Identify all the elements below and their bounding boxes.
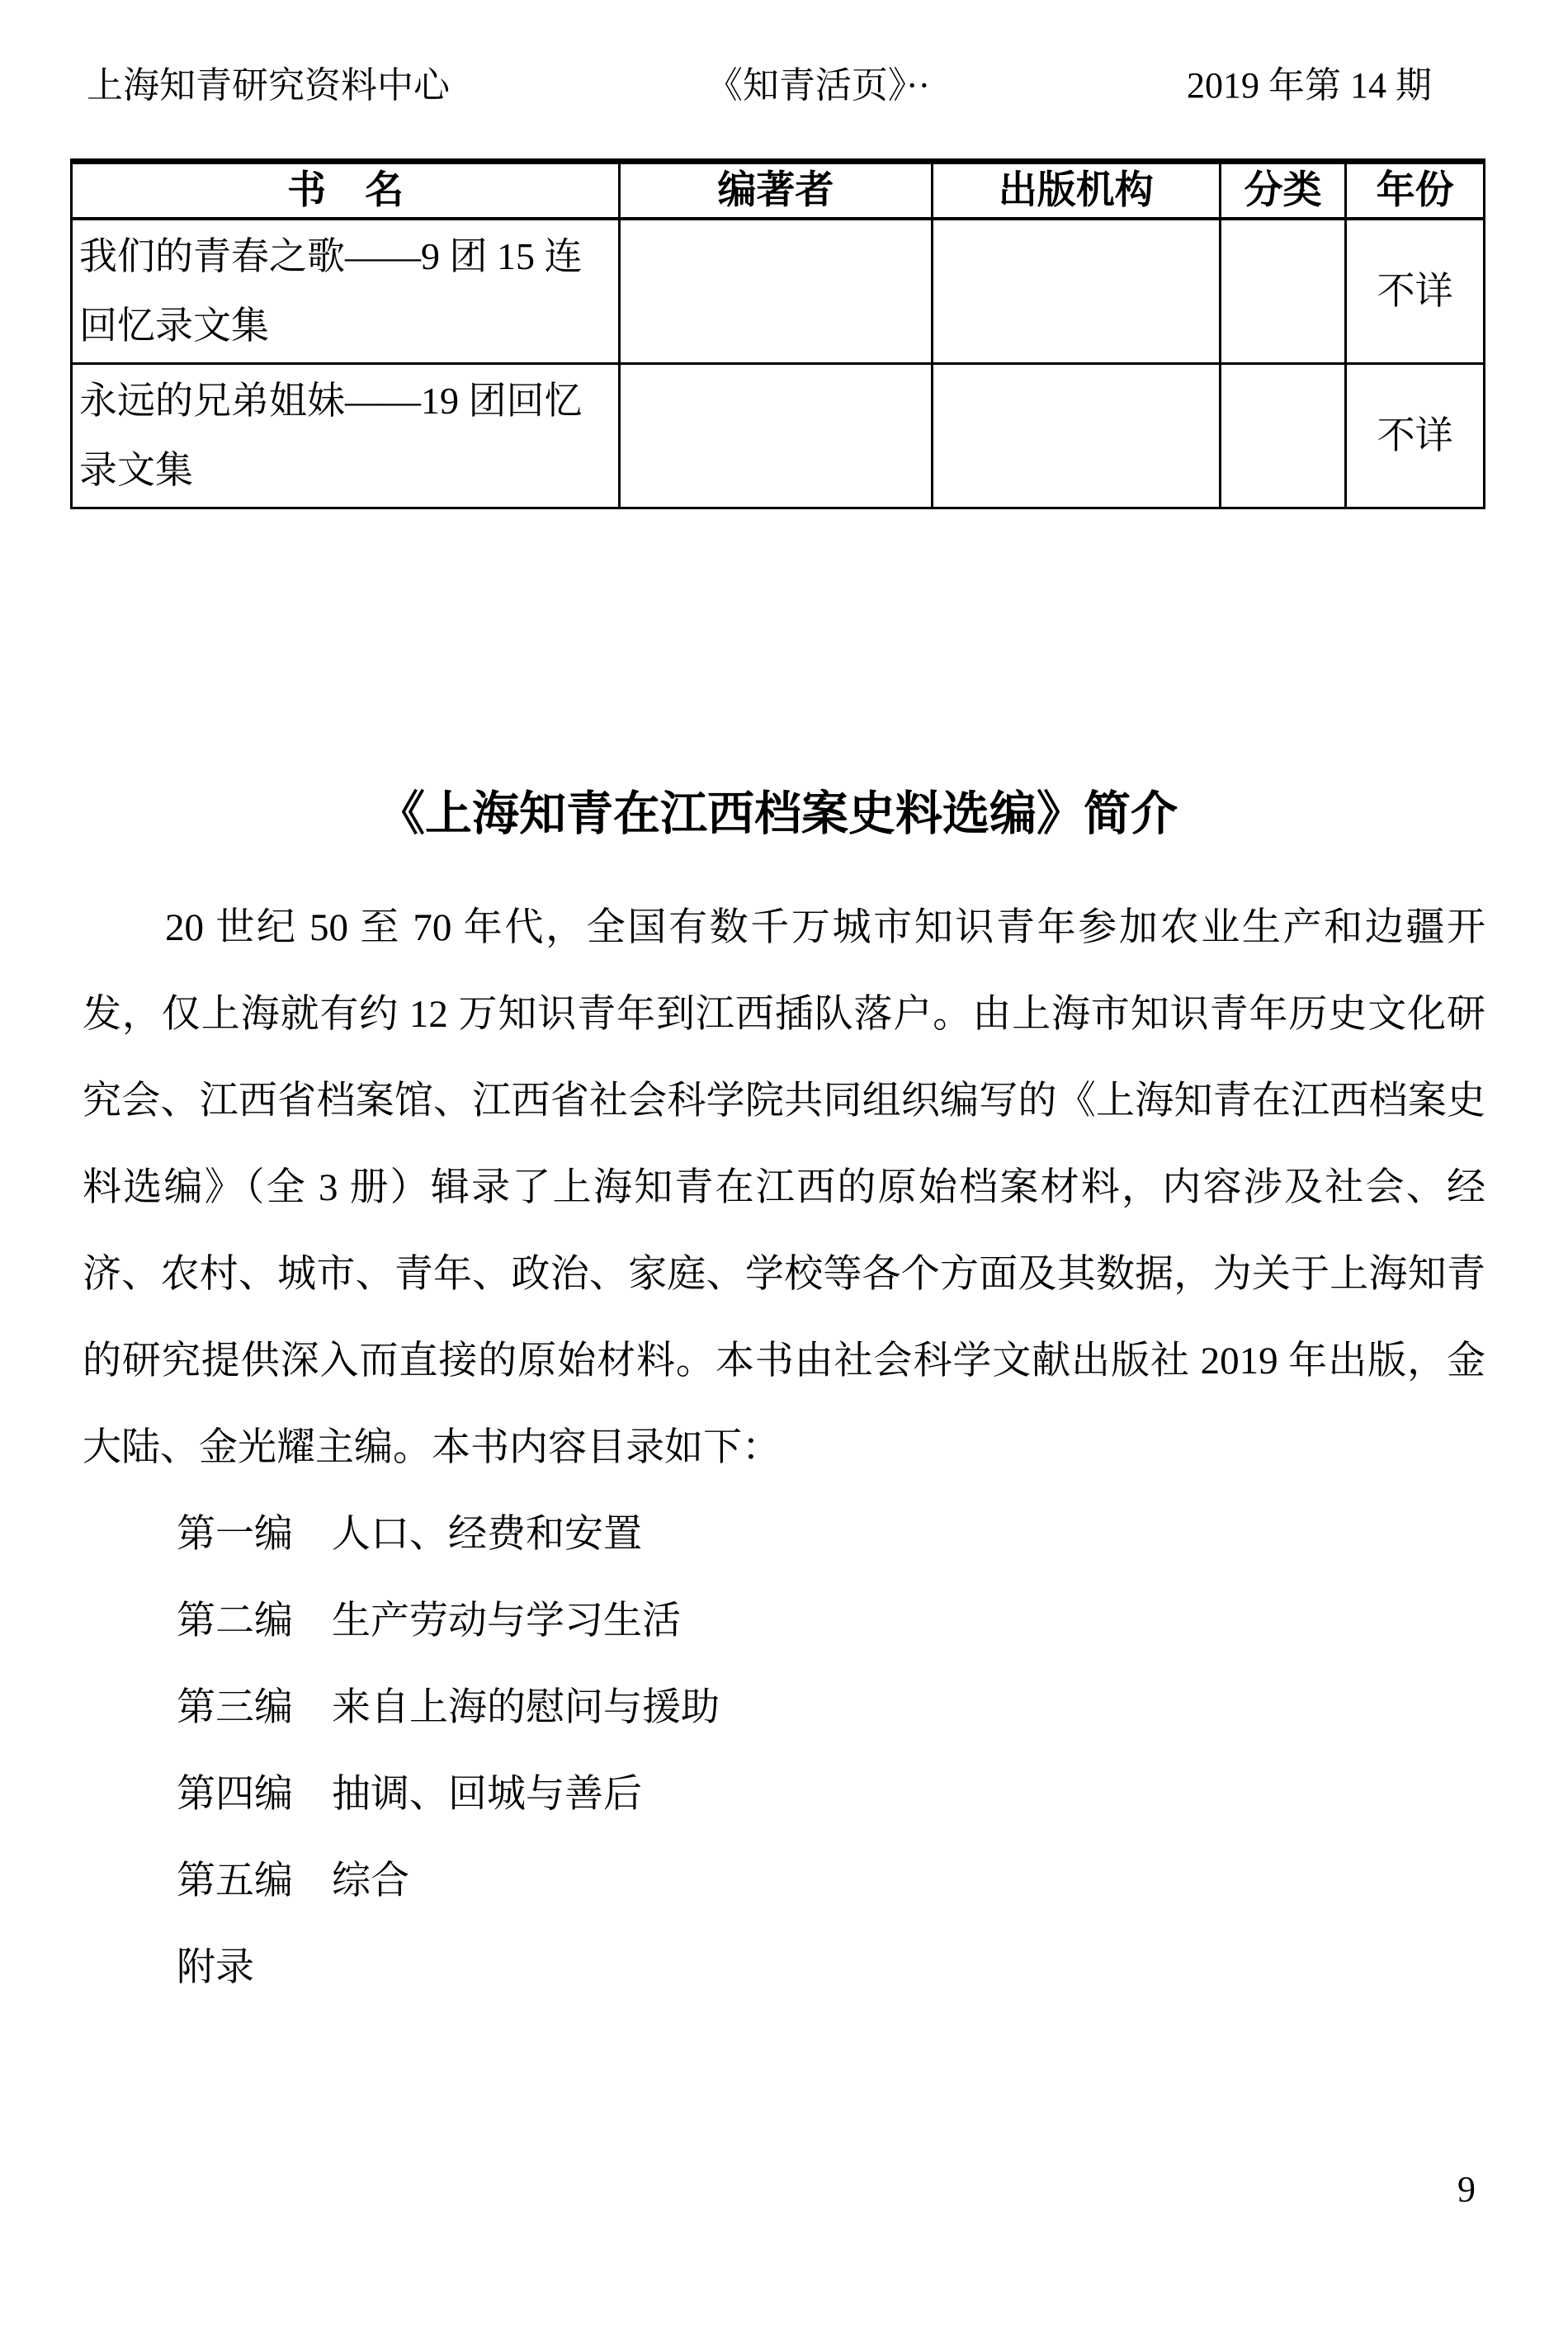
column-header-author: 编著者 (620, 162, 932, 220)
cell-year: 不详 (1346, 364, 1485, 508)
page-header: 上海知青研究资料中心 《知青活页》·· 2019 年第 14 期 (0, 0, 1568, 107)
page-number: 9 (1457, 2169, 1476, 2210)
toc-item: 附录 (83, 1925, 1485, 2011)
article-paragraph: 20 世纪 50 至 70 年代，全国有数千万城市知识青年参加农业生产和边疆开发… (83, 885, 1485, 1491)
cell-category (1220, 364, 1345, 508)
article-title: 《上海知青在江西档案史料选编》简介 (70, 782, 1485, 848)
column-header-category: 分类 (1220, 162, 1345, 220)
document-page: 上海知青研究资料中心 《知青活页》·· 2019 年第 14 期 书 名 编著者… (0, 0, 1568, 2330)
cell-year: 不详 (1346, 219, 1485, 364)
header-center-name: 上海知青研究资料中心 (87, 64, 450, 107)
column-header-publisher: 出版机构 (932, 162, 1220, 220)
cell-publisher (932, 219, 1220, 364)
header-journal-title: 《知青活页》·· (706, 64, 930, 107)
toc-item: 第一编 人口、经费和安置 (83, 1491, 1485, 1578)
toc-item: 第五编 综合 (83, 1838, 1485, 1925)
column-header-year: 年份 (1346, 162, 1485, 220)
column-header-book-title: 书 名 (72, 162, 620, 220)
cell-book-title: 我们的青春之歌——9 团 15 连回忆录文集 (72, 219, 620, 364)
table-row: 我们的青春之歌——9 团 15 连回忆录文集 不详 (72, 219, 1485, 364)
table-of-contents: 第一编 人口、经费和安置 第二编 生产劳动与学习生活 第三编 来自上海的慰问与援… (83, 1491, 1485, 2011)
cell-publisher (932, 364, 1220, 508)
header-issue-info: 2019 年第 14 期 (1187, 64, 1432, 107)
cell-author (620, 364, 932, 508)
article: 《上海知青在江西档案史料选编》简介 20 世纪 50 至 70 年代，全国有数千… (0, 782, 1568, 2011)
toc-item: 第三编 来自上海的慰问与援助 (83, 1665, 1485, 1751)
table-row: 永远的兄弟姐妹——19 团回忆录文集 不详 (72, 364, 1485, 508)
cell-category (1220, 219, 1345, 364)
toc-item: 第四编 抽调、回城与善后 (83, 1751, 1485, 1838)
toc-item: 第二编 生产劳动与学习生活 (83, 1578, 1485, 1665)
table-header-row: 书 名 编著者 出版机构 分类 年份 (72, 162, 1485, 220)
book-list-table: 书 名 编著者 出版机构 分类 年份 我们的青春之歌——9 团 15 连回忆录文… (70, 158, 1485, 509)
cell-author (620, 219, 932, 364)
cell-book-title: 永远的兄弟姐妹——19 团回忆录文集 (72, 364, 620, 508)
